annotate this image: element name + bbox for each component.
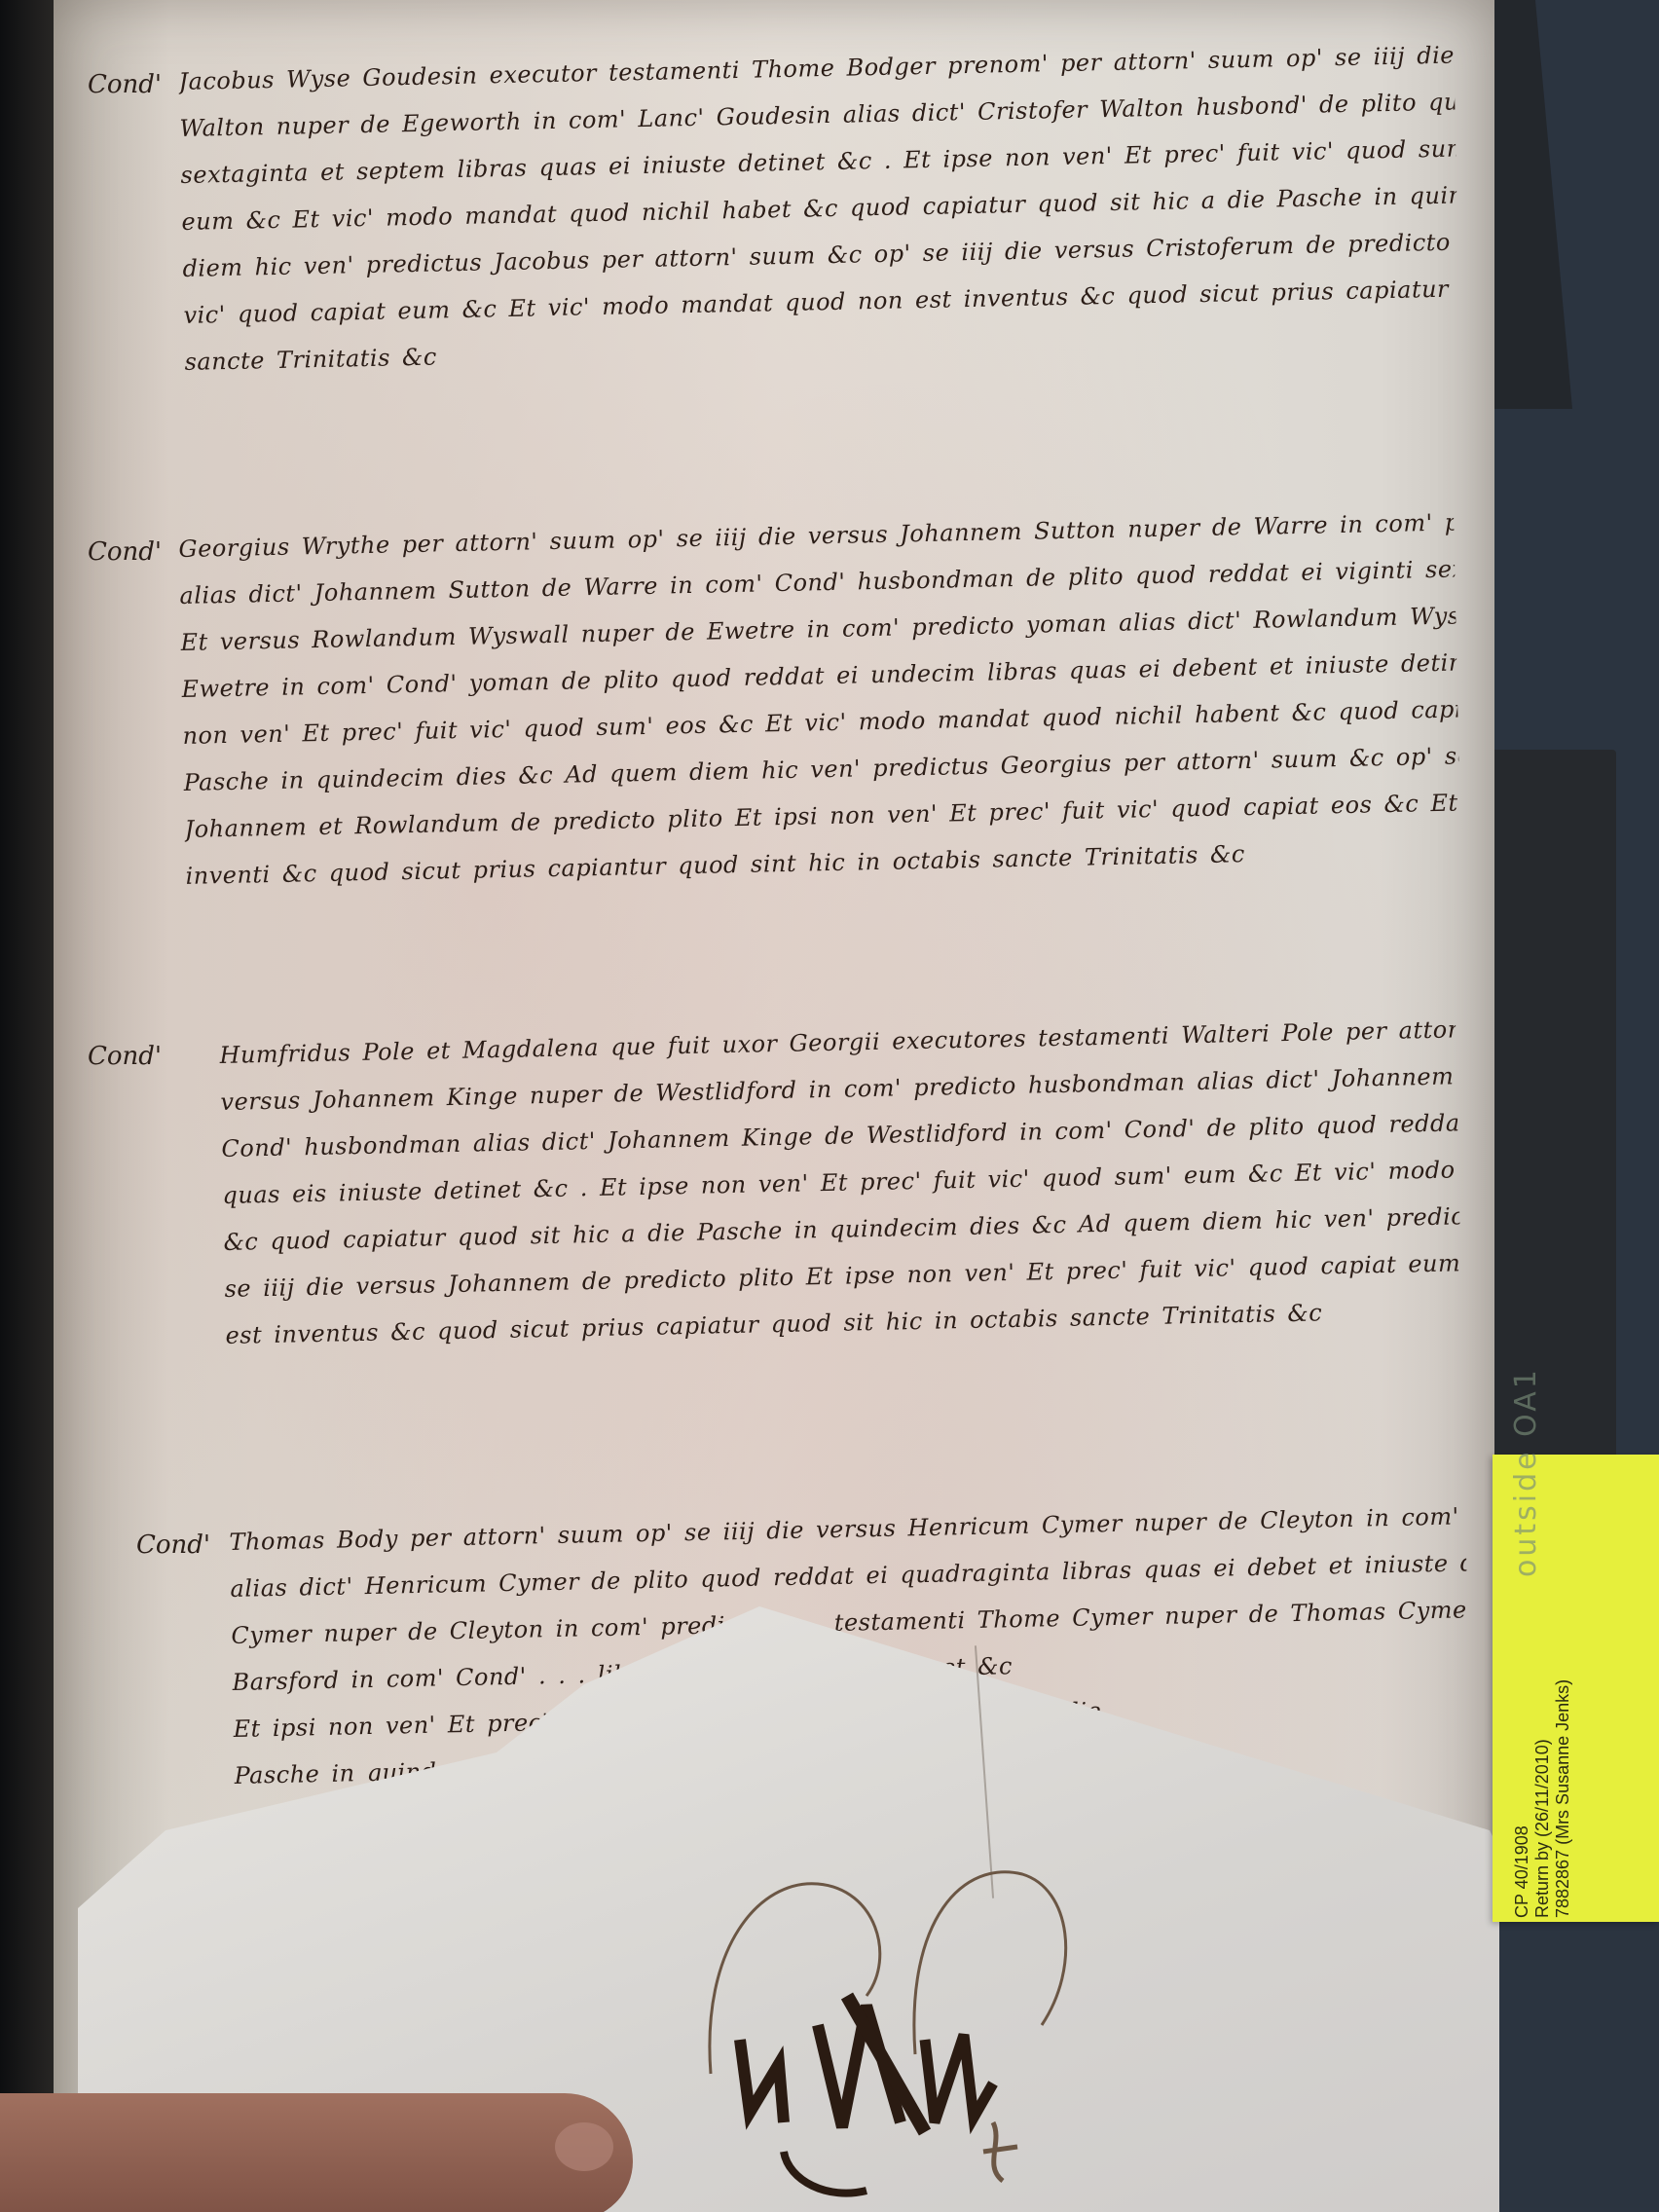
thumbnail bbox=[555, 2122, 613, 2171]
entry-text: Georgius Wrythe per attorn' suum op' se … bbox=[178, 499, 1461, 900]
entry-text: Jacobus Wyse Goudesin executor testament… bbox=[178, 32, 1460, 386]
sticky-pencil-annotation: outside OA1 bbox=[1509, 1367, 1543, 1577]
left-shadow bbox=[0, 0, 58, 2212]
margin-label: Cond' bbox=[88, 537, 162, 567]
margin-label: Cond' bbox=[88, 1042, 162, 1071]
sticky-note-text: CP 40/1908 Return by (26/11/2010) 788286… bbox=[1512, 1679, 1573, 1918]
holding-thumb bbox=[0, 2093, 633, 2212]
clerk-signature-flourish bbox=[672, 1830, 1110, 2200]
margin-label: Cond' bbox=[136, 1530, 210, 1560]
sticky-reader: 7882867 (Mrs Susanne Jenks) bbox=[1553, 1679, 1573, 1918]
sticky-return-date: Return by (26/11/2010) bbox=[1532, 1679, 1553, 1918]
sticky-reference: CP 40/1908 bbox=[1512, 1679, 1532, 1918]
entry-text: Humfridus Pole et Magdalena que fuit uxo… bbox=[219, 1006, 1462, 1359]
margin-label: Cond' bbox=[88, 70, 162, 99]
